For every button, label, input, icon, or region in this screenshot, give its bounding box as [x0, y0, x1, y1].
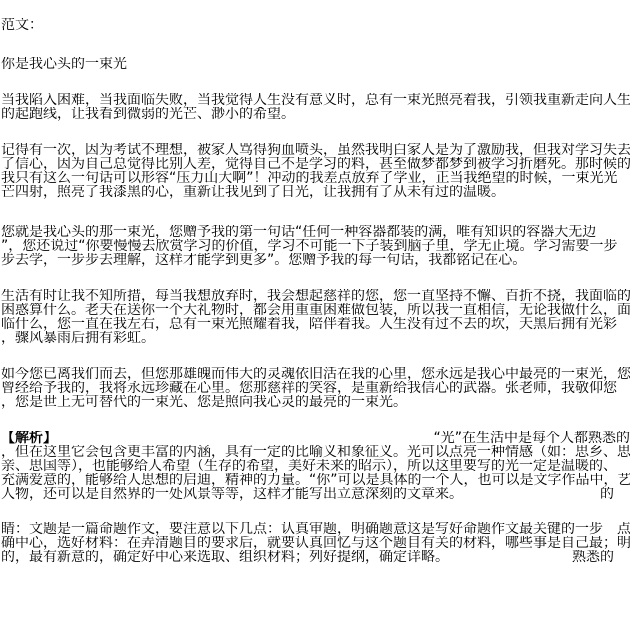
- tips-line: 确中心，选好材料：在弄清题目的要求后，就要认真回忆与这个题目有关的材料，哪些事是…: [1, 536, 630, 550]
- essay-line: 记得有一次，因为考试不理想，被家人骂得狗血喷头，虽然我明白家人是为了激励我，但我…: [1, 143, 630, 157]
- tips-line: 睛：文题是一篇命题作文，要注意以下几点：认真审题，明确题意这是写好命题作文最关键…: [1, 522, 630, 536]
- essay-paragraph-5: 如今您已离我们而去，但您那雄魄而伟大的灵魂依旧活在我的心里，您永远是我心中最亮的…: [1, 367, 630, 409]
- document-page: 范文： 你是我心头的一束光 当我陷入困难，当我面临失败，当我觉得人生没有意义时，…: [0, 0, 630, 634]
- analysis-heading-line: 【解析】 “光”在生活中是每个人都熟悉的: [1, 431, 630, 445]
- essay-title: 你是我心头的一束光: [1, 57, 630, 71]
- essay-line: 步去学，一步步去理解，这样才能学到更多”。您赠予我的每一句话，我都铭记在心。: [1, 253, 630, 267]
- essay-line: 了信心，因为自己总觉得比别人差，觉得自己不是学习的料，甚至做梦都梦到被学习折磨死…: [1, 157, 630, 171]
- analysis-heading-line-right: “光”在生活中是每个人都熟悉的: [433, 431, 630, 445]
- tips-section: 睛：文题是一篇命题作文，要注意以下几点：认真审题，明确题意这是写好命题作文最关键…: [1, 522, 630, 564]
- essay-line: 的起跑线，让我看到微弱的光芒、渺小的希望。: [1, 107, 630, 121]
- analysis-last-line-left: 人物，还可以是自然界的一处风景等等，这样才能写出立意深刻的文章来。: [1, 487, 463, 501]
- essay-line: ”，您还说过“你要慢慢去欣赏学习的价值，学习不可能一下子装到脑子里，学无止境。学…: [1, 239, 630, 253]
- essay-paragraph-3: 您就是我心头的那一束光，您赠予我的第一句话“任何一种容器都装的满，唯有知识的容器…: [1, 225, 630, 267]
- analysis-heading: 【解析】: [1, 431, 57, 445]
- analysis-section: 【解析】 “光”在生活中是每个人都熟悉的 ，但在这里它会包含更丰富的内涵，具有一…: [1, 431, 630, 501]
- essay-section: 范文：: [1, 18, 630, 32]
- essay-line: 芒四射，照亮了我漆黑的心，重新让我见到了日光，让我拥有了从未有过的温暖。: [1, 185, 630, 199]
- essay-line: 如今您已离我们而去，但您那雄魄而伟大的灵魂依旧活在我的心里，您永远是我心中最亮的…: [1, 367, 630, 381]
- essay-title-block: 你是我心头的一束光: [1, 57, 630, 71]
- essay-section-label: 范文：: [1, 18, 630, 32]
- essay-paragraph-1: 当我陷入困难，当我面临失败，当我觉得人生没有意义时，总有一束光照亮着我，引领我重…: [1, 93, 630, 121]
- tips-last-line: 的，最有新意的，确定好中心来选取、组织材料；列好提纲，确定详略。 熟悉的: [1, 550, 630, 564]
- essay-line: 曾经给予我的，我将永远珍藏在心里。您那慈祥的笑容，是重新给我信心的武器。张老师，…: [1, 381, 630, 395]
- essay-line: 生活有时让我不知所措，每当我想放弃时，我会想起慈祥的您，您一直坚持不懈、百折不挠…: [1, 289, 630, 303]
- essay-paragraph-2: 记得有一次，因为考试不理想，被家人骂得狗血喷头，虽然我明白家人是为了激励我，但我…: [1, 143, 630, 199]
- tips-last-line-left: 的，最有新意的，确定好中心来选取、组织材料；列好提纲，确定详略。: [1, 550, 449, 564]
- tips-last-line-right: 熟悉的: [572, 550, 614, 564]
- essay-line: 临什么，您一直在我左右，总有一束光照耀着我，陪伴着我。人生没有过不去的坎，天黑后…: [1, 317, 630, 331]
- essay-line: ，您是世上无可替代的一束光、您是照向我心灵的最亮的一束光。: [1, 395, 630, 409]
- analysis-line: 充满爱意的，能够给人思想的启迪，精神的力量。“你”可以是具体的一个人，也可以是文…: [1, 473, 630, 487]
- analysis-line: ，但在这里它会包含更丰富的内涵，具有一定的比喻义和象征义。光可以点亮一种情感（如…: [1, 445, 630, 459]
- essay-line: 您就是我心头的那一束光，您赠予我的第一句话“任何一种容器都装的满，唯有知识的容器…: [1, 225, 630, 239]
- essay-line: 我只有这么一句话可以形容“压力山大啊”！冲动的我差点放弃了学业，正当我绝望的时候…: [1, 171, 630, 185]
- analysis-line: 亲、思国等），也能够给人希望（生存的希望，美好未来的昭示），所以这里要写的光一定…: [1, 459, 630, 473]
- essay-line: 当我陷入困难，当我面临失败，当我觉得人生没有意义时，总有一束光照亮着我，引领我重…: [1, 93, 630, 107]
- essay-paragraph-4: 生活有时让我不知所措，每当我想放弃时，我会想起慈祥的您，您一直坚持不懈、百折不挠…: [1, 289, 630, 345]
- essay-line: 困惑算什么。老天在送你一个大礼物时，都会用重重困难做包装，所以我一直相信，无论我…: [1, 303, 630, 317]
- essay-line: ，骤风暴雨后拥有彩虹。: [1, 331, 630, 345]
- analysis-last-line: 人物，还可以是自然界的一处风景等等，这样才能写出立意深刻的文章来。 的: [1, 487, 630, 501]
- analysis-last-line-right: 的: [600, 487, 614, 501]
